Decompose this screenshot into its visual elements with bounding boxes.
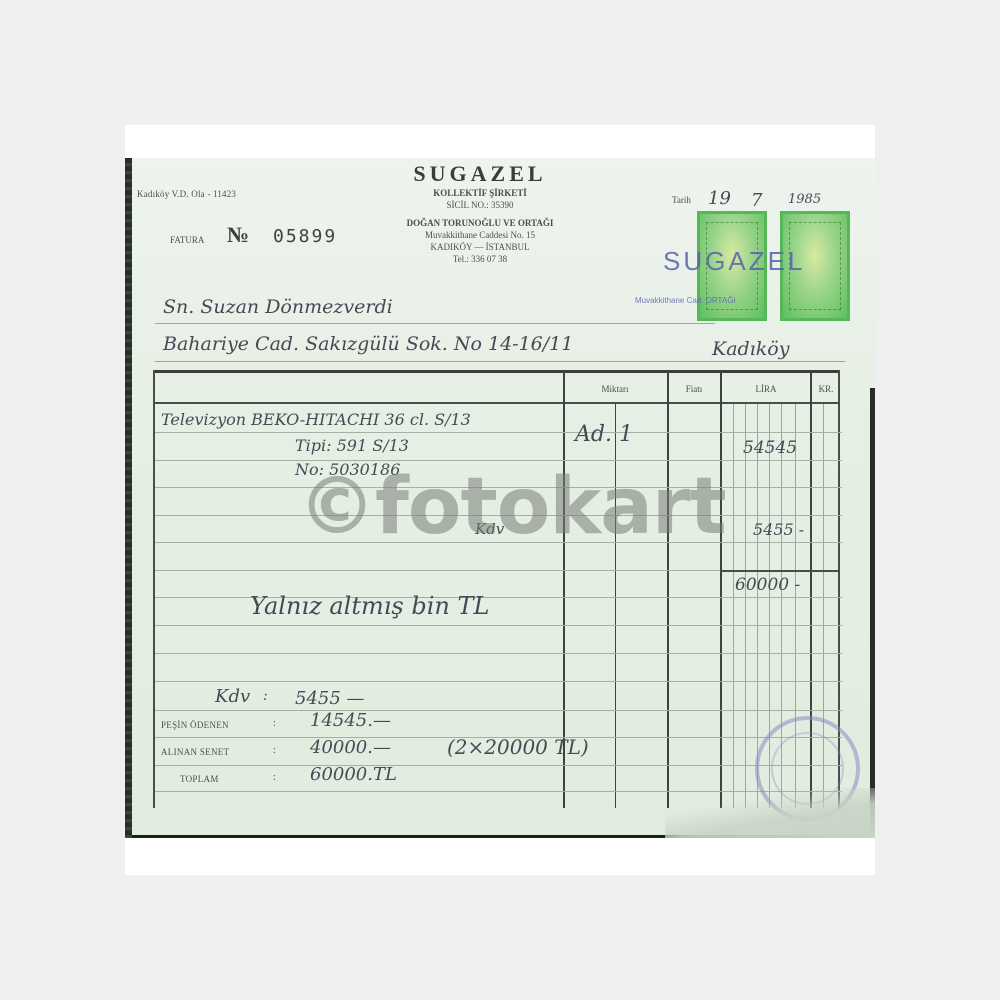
item-description: Televizyon BEKO-HITACHI 36 cl. S/13 <box>161 410 471 429</box>
summary-kdv-value: 5455 — <box>295 688 365 709</box>
watermark: ©fotokart <box>298 462 726 552</box>
company-address: Muvakkithane Caddesi No. 15 <box>375 229 585 241</box>
note-received-value: 40000.— <box>310 737 391 758</box>
column-divider <box>720 370 722 808</box>
invoice-type-label: FATURA <box>170 235 204 245</box>
note-received-label: ALINAN SENET <box>161 747 229 757</box>
company-stamp-subtext: Muvakkithane Cad. ORTAĞI <box>635 296 736 305</box>
item-quantity: Ad. 1 <box>575 422 633 447</box>
company-phone: Tel.: 336 07 38 <box>375 253 585 265</box>
customer-name-line <box>155 323 715 324</box>
tax-office: Kadıköy V.D. Ola - 11423 <box>137 189 236 199</box>
column-divider <box>667 370 669 808</box>
total-label: TOPLAM <box>180 774 219 784</box>
item-lira: 54545 <box>743 438 797 458</box>
company-owners: DOĞAN TORUNOĞLU VE ORTAĞI <box>375 217 585 229</box>
customer-address-line <box>155 361 845 362</box>
summary-kdv-label: Kdv <box>215 686 250 707</box>
paper-fold <box>665 788 875 838</box>
invoice-table: Miktarı Fiatı LİRA KR. Televizyon BEKO-H… <box>153 370 840 808</box>
customer-address: Bahariye Cad. Sakızgülü Sok. No 14-16/11 <box>163 333 573 355</box>
company-registry: SİCİL NO.: 35390 <box>375 199 585 211</box>
company-type: KOLLEKTİF ŞİRKETİ <box>375 187 585 199</box>
customer-district: Kadıköy <box>712 338 789 360</box>
column-header-price: Fiatı <box>669 384 719 394</box>
invoice-number: 05899 <box>273 226 337 247</box>
company-stamp: SUGAZEL <box>663 246 805 277</box>
column-header-quantity: Miktarı <box>575 384 655 394</box>
total-value: 60000.TL <box>310 764 397 785</box>
date-day: 19 <box>708 188 731 209</box>
column-header-lira: LİRA <box>722 384 810 394</box>
item-type: Tipi: 591 S/13 <box>295 436 409 455</box>
company-header: SUGAZEL KOLLEKTİF ŞİRKETİ SİCİL NO.: 353… <box>375 161 585 265</box>
cash-paid-value: 14545.— <box>310 710 391 731</box>
customer-name: Sn. Suzan Dönmezverdi <box>163 296 393 318</box>
date-month: 7 <box>751 190 762 211</box>
note-detail: (2×20000 TL) <box>447 735 589 759</box>
perforated-edge <box>125 158 132 838</box>
amount-in-words: Yalnız altmış bin TL <box>250 592 489 620</box>
date-year: 1985 <box>788 192 821 207</box>
tax-amount: 5455 - <box>753 520 804 539</box>
number-sign-icon: № <box>227 222 249 248</box>
company-city: KADIKÖY — İSTANBUL <box>375 241 585 253</box>
total-amount: 60000 - <box>735 575 800 595</box>
company-name: SUGAZEL <box>375 161 585 187</box>
date-label: Tarih <box>672 195 691 205</box>
column-header-kurus: KR. <box>812 384 840 394</box>
paper-edge-shadow <box>870 388 875 838</box>
cash-paid-label: PEŞİN ÖDENEN <box>161 720 229 730</box>
